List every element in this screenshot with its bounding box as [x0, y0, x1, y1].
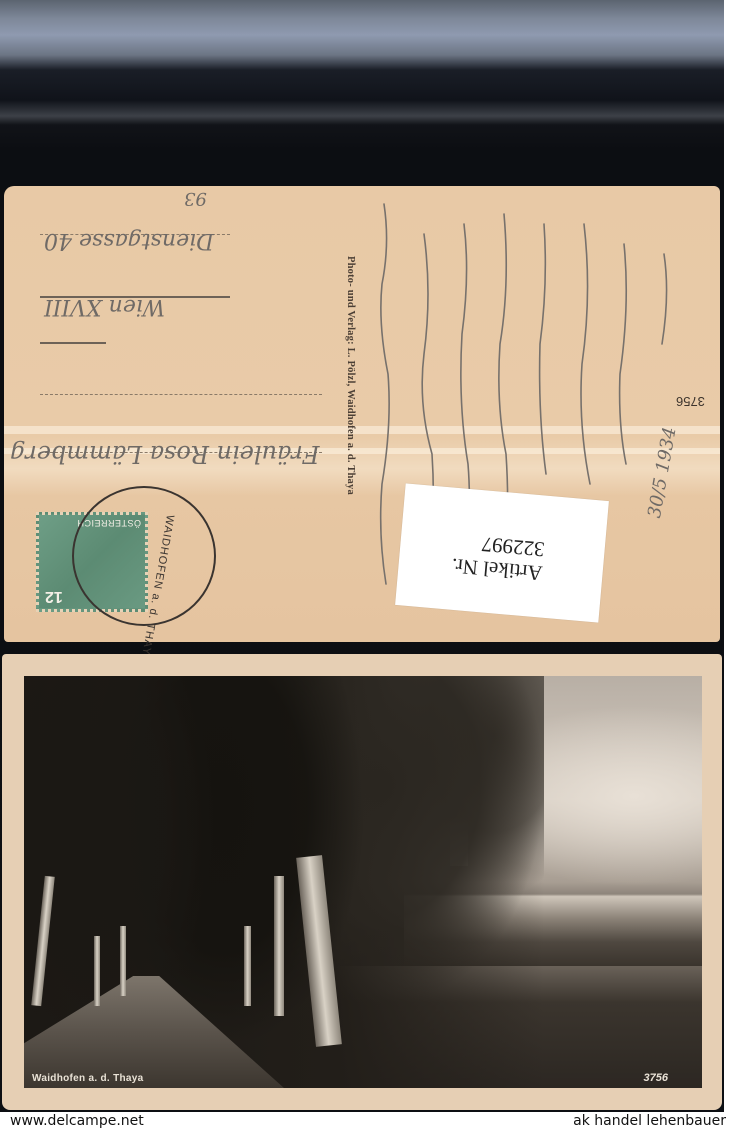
- birch-trunk: [244, 926, 251, 1006]
- postcard-photo: Waidhofen a. d. Thaya 3756: [24, 676, 702, 1088]
- address-line: [40, 394, 322, 395]
- handwritten-recipient: Fräulein Rosa Lämmberg: [10, 440, 319, 468]
- stamp-value: 12: [45, 587, 63, 605]
- postmark-circle: [72, 486, 216, 626]
- birch-trunk: [94, 936, 100, 1006]
- handwritten-address-city: Wien XVIII: [44, 294, 165, 319]
- photo-caption: Waidhofen a. d. Thaya: [32, 1073, 144, 1084]
- card-number-front: 3756: [644, 1072, 668, 1084]
- birch-trunk: [274, 876, 284, 1016]
- card-number-back: 3756: [676, 394, 705, 409]
- underline: [40, 342, 106, 344]
- handwritten-corner-number: 93: [184, 188, 207, 209]
- image-margin: [724, 0, 736, 1112]
- seller-watermark: ak handel lehenbauer: [573, 1113, 726, 1129]
- article-number-label: Artikel Nr. 322997: [395, 483, 609, 622]
- watermark-footer: www.delcampe.net ak handel lehenbauer: [0, 1112, 736, 1131]
- site-watermark: www.delcampe.net: [10, 1113, 144, 1129]
- handwritten-address-street: Dienstgasse 40: [44, 228, 214, 253]
- birch-trunk: [120, 926, 126, 996]
- postcard-front: Waidhofen a. d. Thaya 3756: [2, 654, 722, 1110]
- publisher-imprint: Photo- und Verlag: L. Pölzl, Waidhofen a…: [345, 256, 356, 556]
